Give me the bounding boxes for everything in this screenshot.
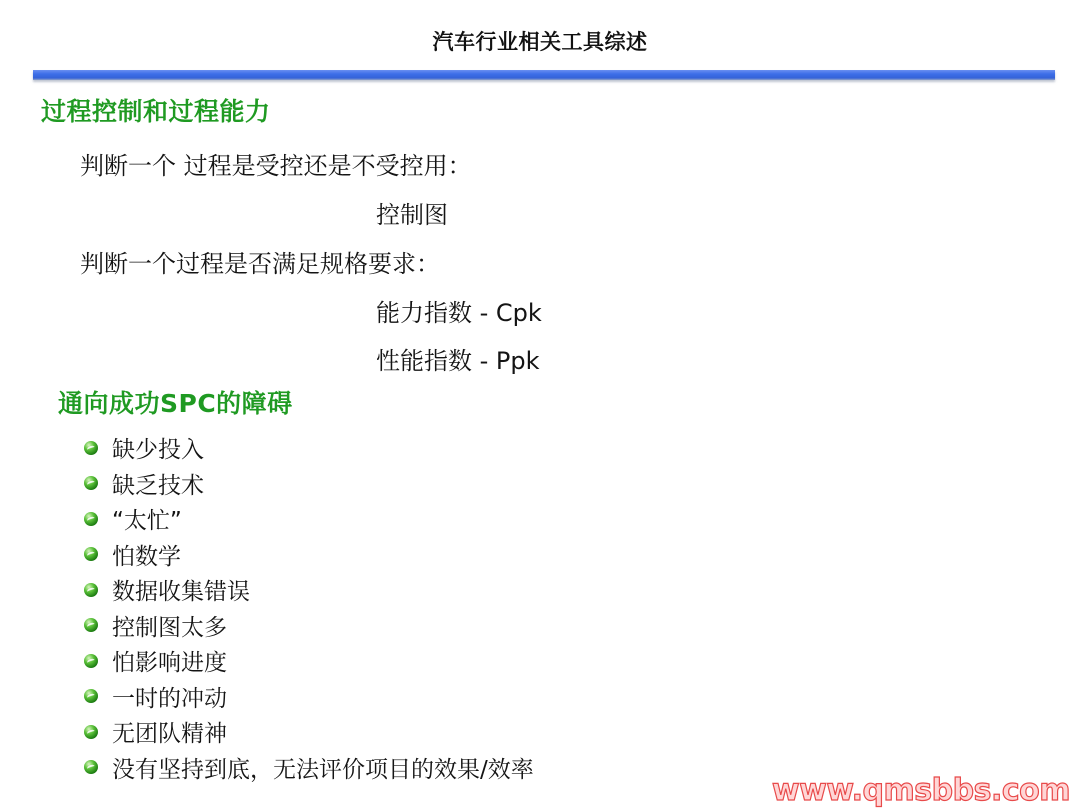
list-item-label: 无团队精神	[112, 715, 227, 748]
list-item-label: “太忙”	[112, 502, 182, 535]
list-item: 一时的冲动	[84, 679, 534, 715]
list-item: 缺乏技术	[84, 466, 534, 502]
list-item: 没有坚持到底，无法评价项目的效果/效率	[84, 750, 534, 786]
green-sphere-bullet-icon	[84, 583, 98, 597]
green-sphere-bullet-icon	[84, 654, 98, 668]
text-line-cpk: 能力指数 - Cpk	[376, 293, 542, 328]
green-sphere-bullet-icon	[84, 618, 98, 632]
list-item: 无团队精神	[84, 714, 534, 750]
list-item-label: 一时的冲动	[112, 680, 227, 713]
obstacles-list: 缺少投入 缺乏技术 “太忙” 怕数学 数据收集错误 控制图太多 怕影响进度 一时…	[84, 430, 534, 785]
green-sphere-bullet-icon	[84, 725, 98, 739]
section-heading-spc-obstacles: 通向成功SPC的障碍	[58, 384, 293, 420]
green-sphere-bullet-icon	[84, 760, 98, 774]
list-item-label: 控制图太多	[112, 609, 227, 642]
list-item: “太忙”	[84, 501, 534, 537]
watermark: www.qmsbbs.com	[772, 773, 1070, 808]
green-sphere-bullet-icon	[84, 689, 98, 703]
list-item: 数据收集错误	[84, 572, 534, 608]
list-item-label: 缺少投入	[112, 431, 204, 464]
text-line-ppk: 性能指数 - Ppk	[376, 341, 540, 376]
green-sphere-bullet-icon	[84, 441, 98, 455]
list-item: 怕影响进度	[84, 643, 534, 679]
list-item: 控制图太多	[84, 608, 534, 644]
slide-title: 汽车行业相关工具综述	[0, 26, 1080, 56]
title-divider-bar	[33, 70, 1055, 80]
green-sphere-bullet-icon	[84, 512, 98, 526]
section-heading-process-control: 过程控制和过程能力	[41, 92, 271, 128]
list-item: 缺少投入	[84, 430, 534, 466]
list-item-label: 数据收集错误	[112, 573, 250, 606]
green-sphere-bullet-icon	[84, 547, 98, 561]
list-item-label: 没有坚持到底，无法评价项目的效果/效率	[112, 751, 534, 784]
list-item-label: 怕影响进度	[112, 644, 227, 677]
list-item-label: 缺乏技术	[112, 467, 204, 500]
list-item: 怕数学	[84, 537, 534, 573]
list-item-label: 怕数学	[112, 538, 181, 571]
text-line-spec-question: 判断一个过程是否满足规格要求：	[80, 244, 440, 279]
text-line-control-question: 判断一个 过程是受控还是不受控用：	[80, 146, 472, 181]
text-line-control-chart: 控制图	[376, 195, 448, 230]
green-sphere-bullet-icon	[84, 476, 98, 490]
